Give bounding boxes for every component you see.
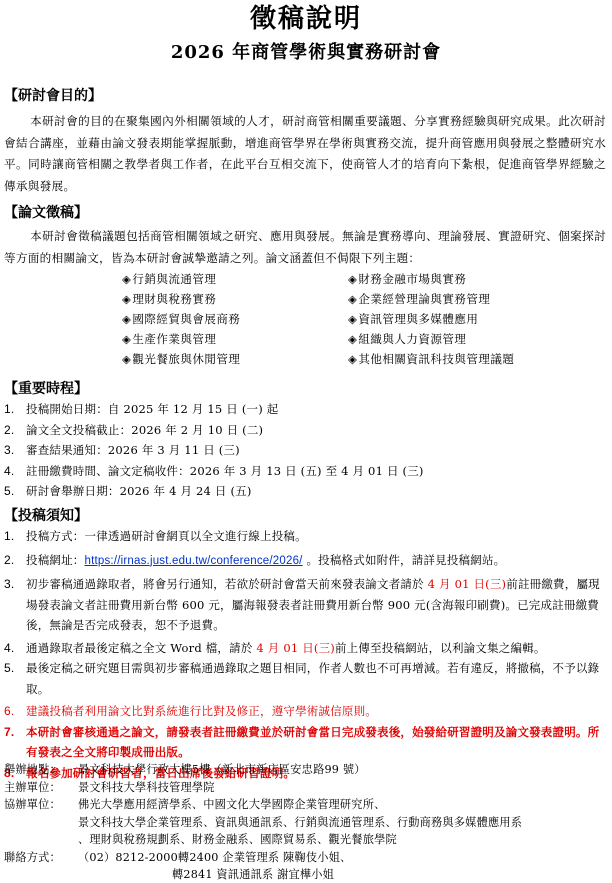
item-text: 建議投稿者利用論文比對系統進行比對及修正，遵守學術誠信原則。 [26,704,377,718]
item-text: 前上傳至投稿網站，以利論文集之編輯。 [335,641,546,655]
item-label: 投稿網址： [26,553,85,567]
topic-item: ◈生產作業與管理 [122,329,348,349]
contact-value: （02）8212-2000轉2400 企業管理系 陳鞠伎小姐、 [78,851,351,864]
item-number: 7. [4,722,14,743]
item-number: 1. [4,399,14,420]
topic-item: ◈理財與稅務實務 [122,289,348,309]
venue-value: 景文科技大學行政大樓5樓（新北市新店區安忠路99 號） [78,763,366,776]
diamond-bullet-icon: ◈ [122,332,131,346]
topic-label: 理財與稅務實務 [132,292,216,306]
diamond-bullet-icon: ◈ [122,352,131,366]
document-title: 徵稿說明 [0,2,612,36]
conference-subtitle: 2026 年商管學術與實務研討會 [0,40,612,66]
item-number: 5. [4,481,14,502]
topic-item: ◈行銷與流通管理 [122,269,348,289]
item-number: 2. [4,550,14,571]
item-text: 研討會舉辦日期：2026 年 4 月 24 日 (五) [26,484,252,498]
host-row: 主辦單位：景文科技大學科技管理學院 [4,779,608,797]
section-heading-schedule: 【重要時程】 [4,379,88,399]
guideline-item: 3.初步審稿通過錄取者，將會另行通知，若欲於研討會當天前來發表論文者請於 4 月… [4,574,608,636]
topic-item: ◈財務金融市場與實務 [348,269,548,289]
cohost-row-cont: 景文科技大學企業管理系、資訊與通訊系、行銷與流通管理系、行動商務與多媒體應用系 [4,814,608,832]
deadline-highlight: 4 月 01 日(三) [428,577,507,591]
diamond-bullet-icon: ◈ [348,312,357,326]
cohost-label: 協辦單位： [4,796,61,814]
schedule-item: 5.研討會舉辦日期：2026 年 4 月 24 日 (五) [4,481,608,502]
diamond-bullet-icon: ◈ [348,292,357,306]
cohost-row: 協辦單位：佛光大學應用經濟學系、中國文化大學國際企業管理研究所、 [4,796,608,814]
diamond-bullet-icon: ◈ [348,272,357,286]
contact-row: 聯絡方式：（02）8212-2000轉2400 企業管理系 陳鞠伎小姐、 [4,849,608,867]
cohost-row-cont: 、理財與稅務規劃系、財務金融系、國際貿易系、觀光餐旅學院 [4,831,608,849]
call-for-papers-text: 本研討會徵稿議題包括商管相關領域之研究、應用與發展。無論是實務導向、理論發展、實… [4,229,606,265]
section-heading-call-for-papers: 【論文徵稿】 [4,203,88,223]
cohost-value: 佛光大學應用經濟學系、中國文化大學國際企業管理研究所、 [78,798,385,811]
event-info-block: 舉辦地點：景文科技大學行政大樓5樓（新北市新店區安忠路99 號） 主辦單位：景文… [4,761,608,883]
venue-label: 舉辦地點： [4,761,61,779]
guideline-item: 1.投稿方式：一律透過研討會網頁以全文進行線上投稿。 [4,526,608,547]
section-heading-guidelines: 【投稿須知】 [4,506,88,526]
item-text: 初步審稿通過錄取者，將會另行通知，若欲於研討會當天前來發表論文者請於 [26,577,428,591]
topic-list: ◈行銷與流通管理 ◈財務金融市場與實務 ◈理財與稅務實務 ◈企業經營理論與實務管… [122,269,542,369]
topic-item: ◈觀光餐旅與休閒管理 [122,349,348,369]
topic-item: ◈企業經營理論與實務管理 [348,289,548,309]
item-number: 5. [4,658,14,679]
topic-item: ◈資訊管理與多媒體應用 [348,309,548,329]
item-number: 6. [4,701,14,722]
item-text: 投稿方式：一律透過研討會網頁以全文進行線上投稿。 [26,529,307,543]
item-number: 2. [4,420,14,441]
topic-item: ◈其他相關資訊科技與管理議題 [348,349,548,369]
topic-label: 其他相關資訊科技與管理議題 [358,352,514,366]
guidelines-list: 1.投稿方式：一律透過研討會網頁以全文進行線上投稿。 2.投稿網址：https:… [4,526,608,783]
item-number: 1. [4,526,14,547]
item-text: 最後定稿之研究題目需與初步審稿通過錄取之題目相同，作者人數也不可再增減。若有違反… [26,661,599,696]
item-text: 投稿開始日期：自 2025 年 12 月 15 日 (一) 起 [26,402,278,416]
contact-value: 轉2841 資訊通訊系 謝宜樺小姐 [172,868,334,881]
contact-row-cont: 轉2841 資訊通訊系 謝宜樺小姐 [4,866,608,883]
item-number: 4. [4,638,14,659]
host-value: 景文科技大學科技管理學院 [78,781,215,794]
submission-url-link[interactable]: https://irnas.just.edu.tw/conference/202… [85,555,303,567]
topic-label: 生產作業與管理 [132,332,216,346]
item-text: 審查結果通知：2026 年 3 月 11 日 (三) [26,443,240,457]
item-text: 註冊繳費時間、論文定稿收件：2026 年 3 月 13 日 (五) 至 4 月 … [26,464,424,478]
diamond-bullet-icon: ◈ [122,312,131,326]
item-text: 。投稿格式如附件，請詳見投稿網站。 [303,553,506,567]
purpose-text: 本研討會的目的在聚集國內外相關領域的人才，研討商管相關重要議題、分享實務經驗與研… [4,114,606,193]
item-text: 通過錄取者最後定稿之全文 Word 檔，請於 [26,641,256,655]
diamond-bullet-icon: ◈ [348,352,357,366]
cohost-value: 、理財與稅務規劃系、財務金融系、國際貿易系、觀光餐旅學院 [78,833,397,846]
schedule-item: 3.審查結果通知：2026 年 3 月 11 日 (三) [4,440,608,461]
diamond-bullet-icon: ◈ [348,332,357,346]
topic-label: 財務金融市場與實務 [358,272,466,286]
item-text: 論文全文投稿截止：2026 年 2 月 10 日 (二) [26,423,263,437]
call-for-papers-paragraph: 本研討會徵稿議題包括商管相關領域之研究、應用與發展。無論是實務導向、理論發展、實… [4,226,606,269]
schedule-item: 2.論文全文投稿截止：2026 年 2 月 10 日 (二) [4,420,608,441]
item-number: 4. [4,461,14,482]
topic-item: ◈國際經貿與會展商務 [122,309,348,329]
diamond-bullet-icon: ◈ [122,292,131,306]
guideline-item: 5.最後定稿之研究題目需與初步審稿通過錄取之題目相同，作者人數也不可再增減。若有… [4,658,608,699]
guideline-item-warning: 7.本研討會審核通過之論文，請發表者註冊繳費並於研討會當日完成發表後，始發給研習… [4,722,608,763]
topic-label: 資訊管理與多媒體應用 [358,312,478,326]
item-text: 本研討會審核通過之論文，請發表者註冊繳費並於研討會當日完成發表後，始發給研習證明… [26,725,599,760]
topic-label: 國際經貿與會展商務 [132,312,240,326]
guideline-item: 2.投稿網址：https://irnas.just.edu.tw/confere… [4,550,608,572]
topic-item: ◈組織與人力資源管理 [348,329,548,349]
schedule-item: 1.投稿開始日期：自 2025 年 12 月 15 日 (一) 起 [4,399,608,420]
guideline-item-warning: 6.建議投稿者利用論文比對系統進行比對及修正，遵守學術誠信原則。 [4,701,608,722]
topic-label: 觀光餐旅與休閒管理 [132,352,240,366]
schedule-list: 1.投稿開始日期：自 2025 年 12 月 15 日 (一) 起 2.論文全文… [4,399,608,502]
purpose-paragraph: 本研討會的目的在聚集國內外相關領域的人才，研討商管相關重要議題、分享實務經驗與研… [4,111,606,197]
item-number: 3. [4,574,14,595]
item-number: 3. [4,440,14,461]
guideline-item: 4.通過錄取者最後定稿之全文 Word 檔，請於 4 月 01 日(三)前上傳至… [4,638,608,659]
diamond-bullet-icon: ◈ [122,272,131,286]
venue-row: 舉辦地點：景文科技大學行政大樓5樓（新北市新店區安忠路99 號） [4,761,608,779]
section-heading-purpose: 【研討會目的】 [4,86,102,106]
topic-label: 企業經營理論與實務管理 [358,292,490,306]
topic-label: 組織與人力資源管理 [358,332,466,346]
host-label: 主辦單位： [4,779,61,797]
deadline-highlight: 4 月 01 日(三) [256,641,335,655]
topic-label: 行銷與流通管理 [132,272,216,286]
cohost-value: 景文科技大學企業管理系、資訊與通訊系、行銷與流通管理系、行動商務與多媒體應用系 [78,816,522,829]
schedule-item: 4.註冊繳費時間、論文定稿收件：2026 年 3 月 13 日 (五) 至 4 … [4,461,608,482]
contact-label: 聯絡方式： [4,849,61,867]
